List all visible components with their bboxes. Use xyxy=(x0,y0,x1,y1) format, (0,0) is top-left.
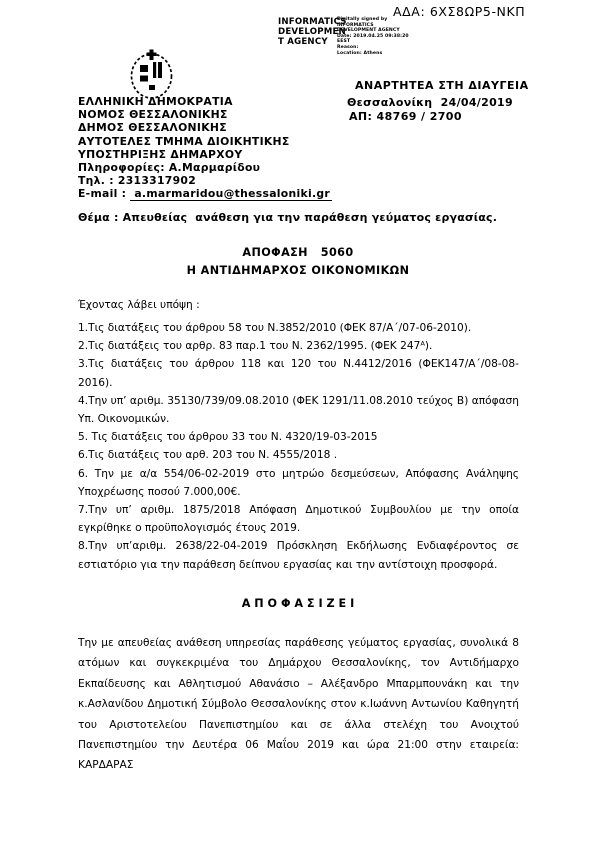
contact-phone: Τηλ. : 2313317902 xyxy=(78,174,332,187)
consideration-item: 5. Τις διατάξεις του άρθρου 33 του Ν. 43… xyxy=(78,428,519,446)
municipal-seal-icon xyxy=(128,48,175,101)
preamble: Έχοντας λάβει υπόψη : xyxy=(78,299,200,311)
document-page: ΑΔΑ: 6ΧΣ8ΩΡ5-ΝΚΠ INFORMATICS DEVELOPMEN … xyxy=(0,0,595,842)
decision-number-title: ΑΠΟΦΑΣΗ 5060 xyxy=(78,246,518,259)
subject-line: Θέμα : Απευθείας ανάθεση για την παράθεσ… xyxy=(78,211,538,224)
consideration-item: 6. Την με α/α 554/06-02-2019 στο μητρώο … xyxy=(78,465,519,501)
consideration-item: 4.Την υπ’ αριθμ. 35130/739/09.08.2010 (Φ… xyxy=(78,392,519,428)
organization-block: ΕΛΛΗΝΙΚΗ ΔΗΜΟΚΡΑΤΙΑ ΝΟΜΟΣ ΘΕΣΣΑΛΟΝΙΚΗΣ Δ… xyxy=(78,95,332,201)
contact-email-row: E-mail : a.marmaridou@thessaloniki.gr xyxy=(78,187,332,200)
anartitea-label: ΑΝΑΡΤΗΤΕΑ ΣΤΗ ΔΙΑΥΓΕΙΑ xyxy=(355,79,529,92)
org-line-republic: ΕΛΛΗΝΙΚΗ ΔΗΜΟΚΡΑΤΙΑ xyxy=(78,95,332,108)
consideration-item: 1.Τις διατάξεις του άρθρου 58 του Ν.3852… xyxy=(78,319,519,337)
considerations-list: 1.Τις διατάξεις του άρθρου 58 του Ν.3852… xyxy=(78,319,519,574)
org-line-department: ΑΥΤΟΤΕΛΕΣ ΤΜΗΜΑ ΔΙΟΙΚΗΤΙΚΗΣ xyxy=(78,135,332,148)
decides-heading: Α Π Ο Φ Α Σ Ι Ζ Ε Ι xyxy=(78,597,518,610)
agency-line: T AGENCY xyxy=(278,37,338,47)
consideration-item: 7.Την υπ’ αριθμ. 1875/2018 Απόφαση Δημοτ… xyxy=(78,501,519,537)
consideration-item: 2.Τις διατάξεις του αρθρ. 83 παρ.1 του Ν… xyxy=(78,337,519,355)
signature-detail-line: Location: Athens xyxy=(337,51,437,57)
email-link[interactable]: a.marmaridou@thessaloniki.gr xyxy=(130,187,332,201)
email-label: E-mail : xyxy=(78,187,130,200)
city-date: Θεσσαλονίκη 24/04/2019 xyxy=(347,96,513,109)
protocol-number: ΑΠ: 48769 / 2700 xyxy=(349,110,462,123)
org-line-department2: ΥΠΟΣΤΗΡΙΞΗΣ ΔΗΜΑΡΧΟΥ xyxy=(78,148,332,161)
decision-subtitle: Η ΑΝΤΙΔΗΜΑΡΧΟΣ ΟΙΚΟΝΟΜΙΚΩΝ xyxy=(78,264,518,277)
consideration-item: 8.Την υπ’αριθμ. 2638/22-04-2019 Πρόσκλησ… xyxy=(78,537,519,573)
contact-person: Πληροφορίες: Α.Μαρμαρίδου xyxy=(78,161,332,174)
agency-line: DEVELOPMEN xyxy=(278,27,338,37)
decision-body: Την με απευθείας ανάθεση υπηρεσίας παράθ… xyxy=(78,633,519,776)
digital-signature-details: Digitally signed by INFORMATICS DEVELOPM… xyxy=(337,17,437,56)
consideration-item: 3.Τις διατάξεις του άρθρου 118 και 120 τ… xyxy=(78,355,519,391)
consideration-item: 6.Τις διατάξεις του αρθ. 203 του Ν. 4555… xyxy=(78,446,519,464)
org-line-prefecture: ΝΟΜΟΣ ΘΕΣΣΑΛΟΝΙΚΗΣ xyxy=(78,108,332,121)
digital-signature-agency: INFORMATICS DEVELOPMEN T AGENCY xyxy=(278,17,338,47)
org-line-municipality: ΔΗΜΟΣ ΘΕΣΣΑΛΟΝΙΚΗΣ xyxy=(78,121,332,134)
agency-line: INFORMATICS xyxy=(278,17,338,27)
